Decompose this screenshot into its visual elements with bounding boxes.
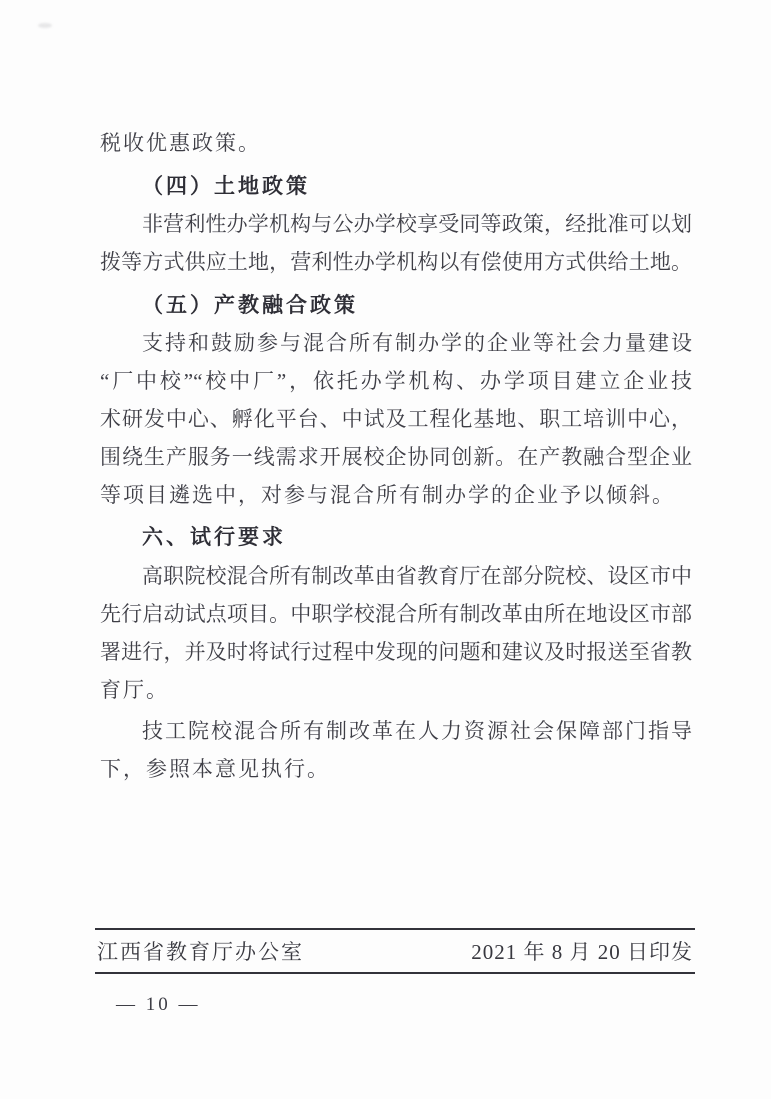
- text-line: 高职院校混合所有制改革由省教育厅在部分院校、设区市中: [100, 557, 692, 595]
- scan-smudge: [38, 23, 52, 28]
- footer-issuer: 江西省教育厅办公室: [95, 936, 304, 966]
- document-footer: 江西省教育厅办公室 2021 年 8 月 20 日印发: [95, 928, 695, 974]
- section-heading-4: （四）土地政策: [100, 167, 692, 205]
- text-line: 等项目遴选中，对参与混合所有制办学的企业予以倾斜。: [100, 476, 692, 514]
- text-line: 先行启动试点项目。中职学校混合所有制改革由所在地设区市部: [100, 595, 692, 633]
- text-line: 拨等方式供应土地，营利性办学机构以有偿使用方式供给土地。: [100, 243, 692, 281]
- text-line: 育厅。: [100, 671, 692, 709]
- text-line: 下，参照本意见执行。: [100, 750, 692, 788]
- text-line: 围绕生产服务一线需求开展校企协同创新。在产教融合型企业: [100, 438, 692, 476]
- document-body: 税收优惠政策。 （四）土地政策 非营利性办学机构与公办学校享受同等政策，经批准可…: [100, 124, 692, 788]
- text-line: 非营利性办学机构与公办学校享受同等政策，经批准可以划: [100, 205, 692, 243]
- text-line: 署进行，并及时将试行过程中发现的问题和建议及时报送至省教: [100, 633, 692, 671]
- section-heading-5: （五）产教融合政策: [100, 286, 692, 324]
- footer-print-date: 2021 年 8 月 20 日印发: [471, 936, 695, 966]
- document-page: 税收优惠政策。 （四）土地政策 非营利性办学机构与公办学校享受同等政策，经批准可…: [0, 0, 771, 1099]
- text-line: 税收优惠政策。: [100, 124, 692, 162]
- chapter-heading-6: 六、试行要求: [100, 519, 692, 557]
- text-line: 支持和鼓励参与混合所有制办学的企业等社会力量建设: [100, 324, 692, 362]
- text-line: 术研发中心、孵化平台、中试及工程化基地、职工培训中心，: [100, 400, 692, 438]
- text-line: “厂中校”“校中厂”，依托办学机构、办学项目建立企业技: [100, 362, 692, 400]
- text-line: 技工院校混合所有制改革在人力资源社会保障部门指导: [100, 712, 692, 750]
- page-number: — 10 —: [116, 994, 201, 1016]
